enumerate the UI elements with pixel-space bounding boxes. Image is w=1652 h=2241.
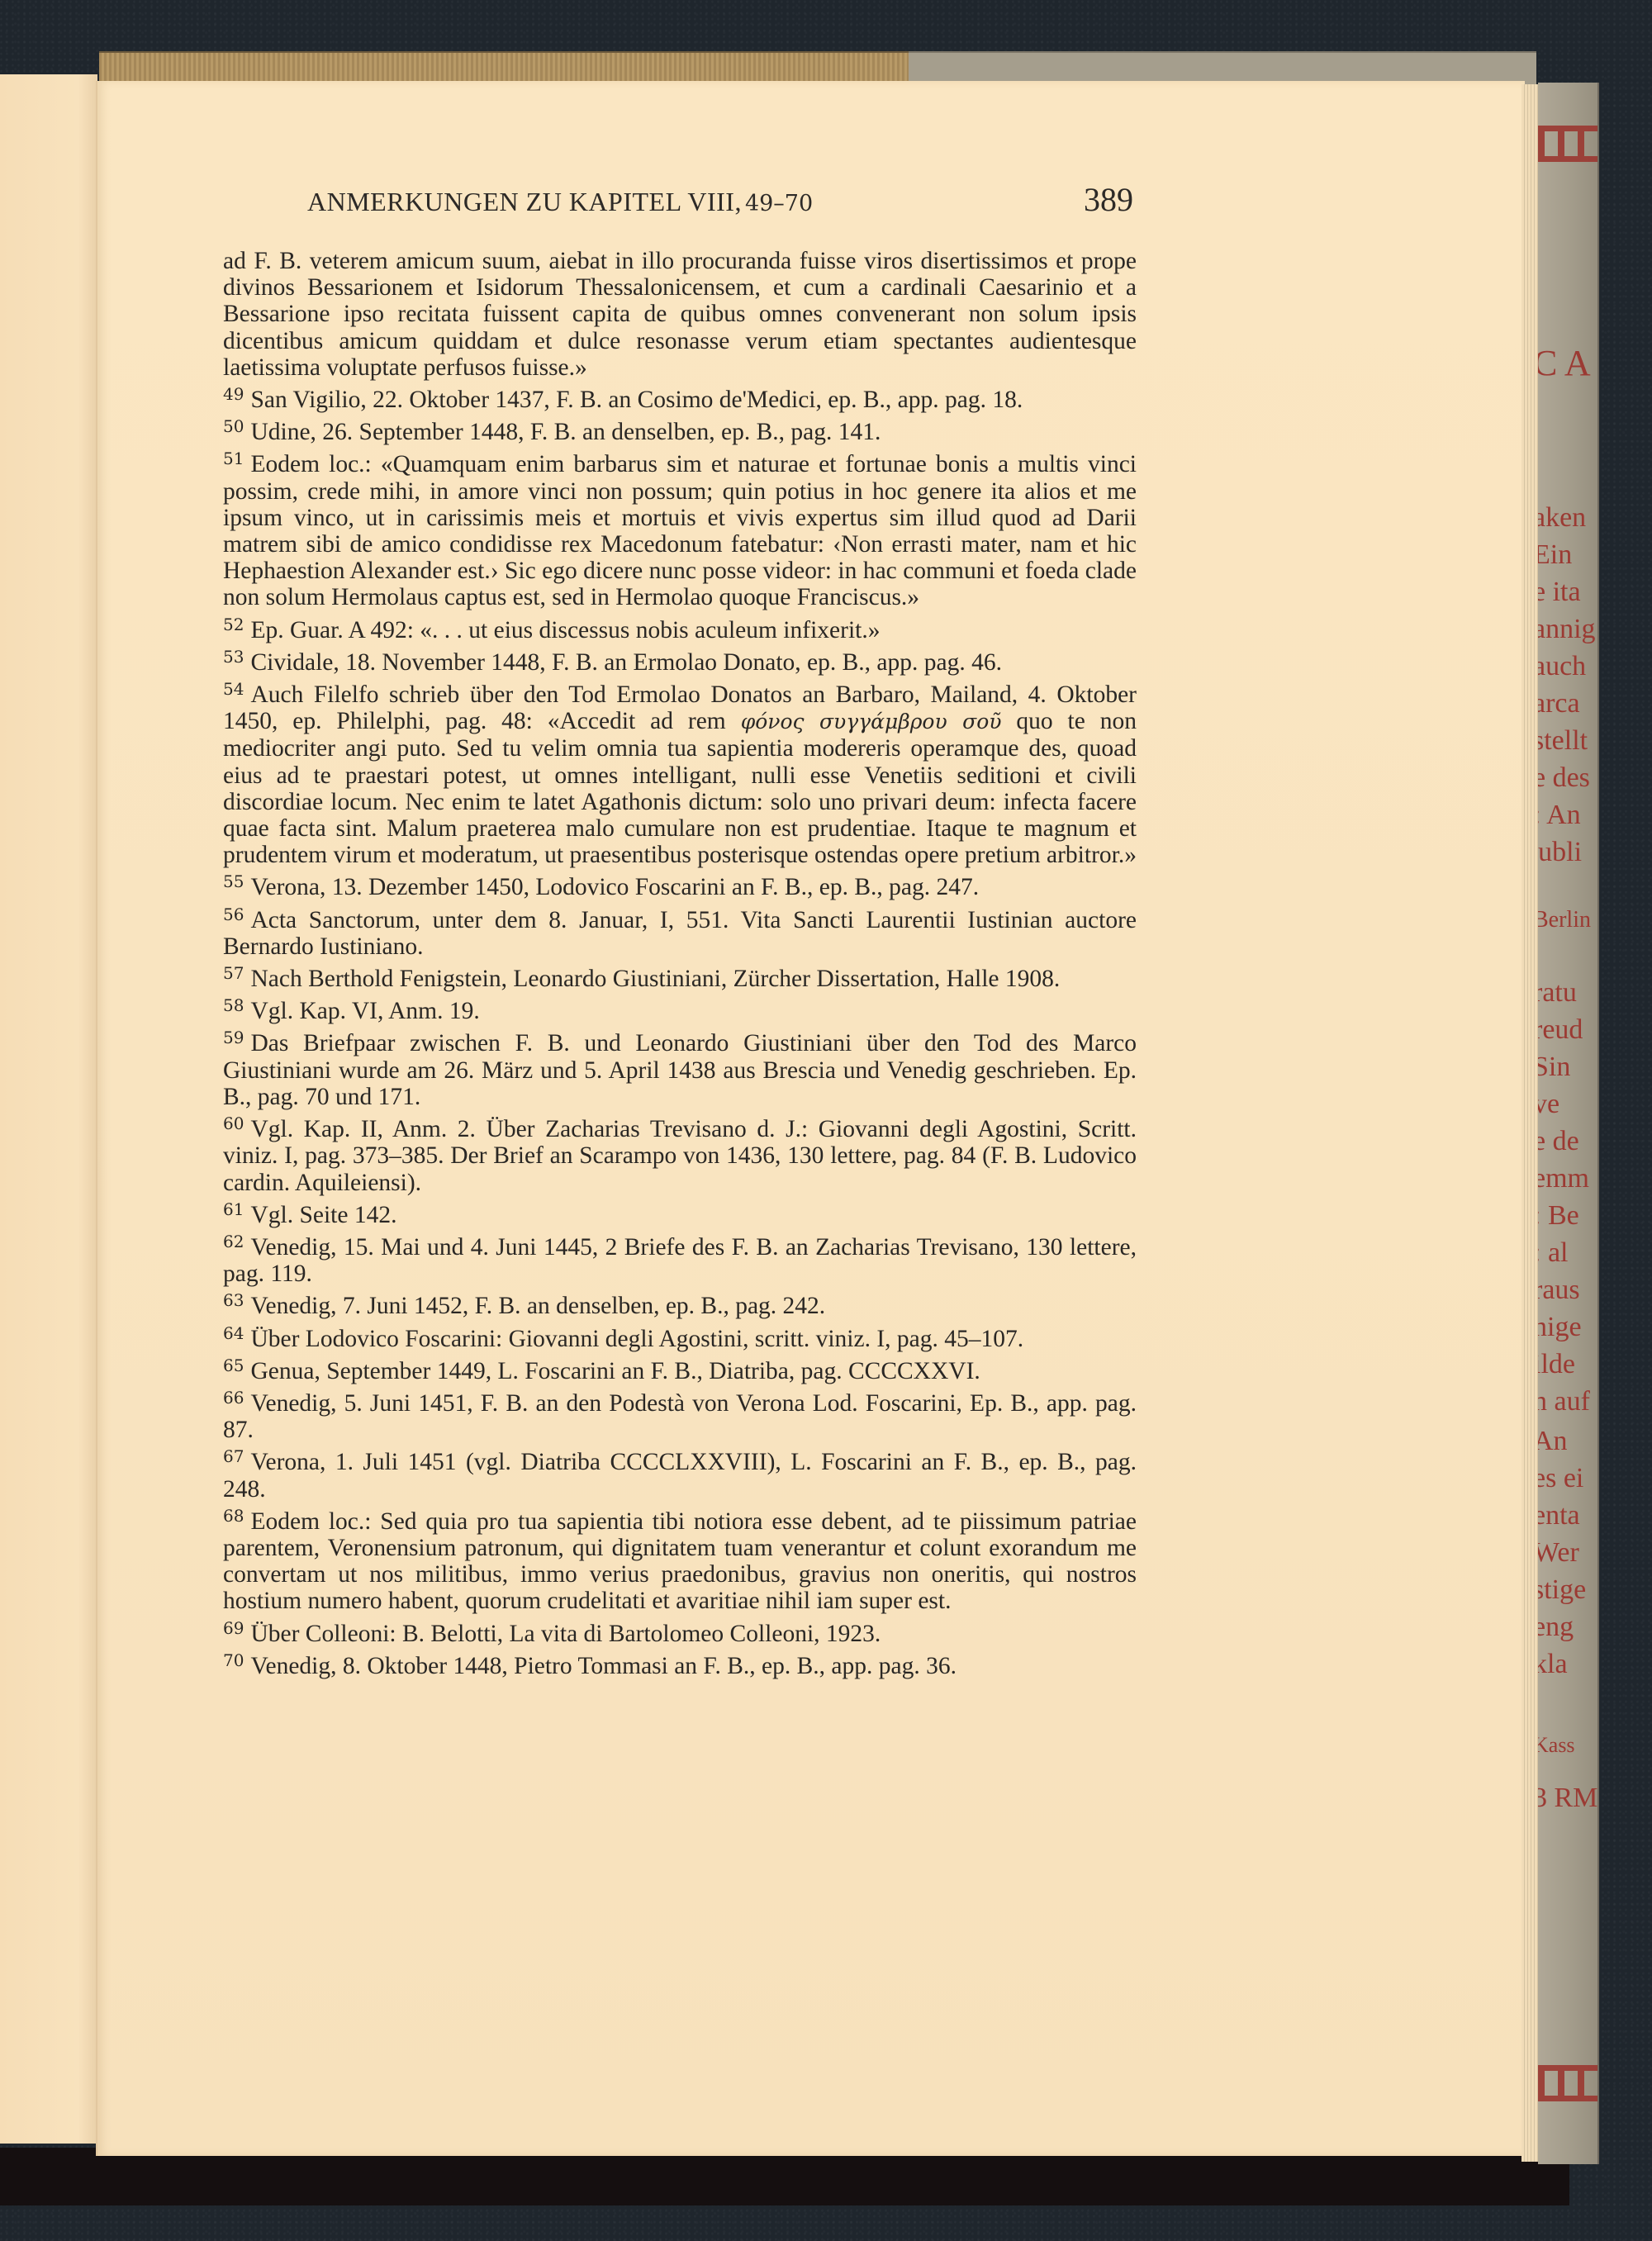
greek-key-ornament-icon	[1538, 126, 1597, 162]
jacket-text: Sin	[1538, 1053, 1570, 1081]
jacket-text: arca	[1538, 690, 1580, 718]
note-number: 54	[223, 679, 244, 699]
jacket-text: auch	[1538, 653, 1586, 681]
jacket-text: ve	[1538, 1090, 1559, 1118]
note-number: 51	[223, 449, 244, 468]
note-49: 49San Vigilio, 22. Oktober 1437, F. B. a…	[223, 381, 1137, 413]
note-61: 61Vgl. Seite 142.	[223, 1196, 1137, 1228]
note-text: Über Lodovico Foscarini: Giovanni degli …	[250, 1326, 1023, 1352]
dust-jacket-spine: C A aken Ein e ita annig auch arca stell…	[1538, 83, 1599, 2164]
note-number: 49	[223, 384, 244, 404]
book-shadow	[0, 2148, 1569, 2205]
note-53: 53Cividale, 18. November 1448, F. B. an …	[223, 643, 1137, 676]
jacket-text: An	[1538, 1427, 1568, 1455]
jacket-text: n auf	[1538, 1388, 1590, 1416]
jacket-text: emm	[1538, 1165, 1589, 1193]
running-head-title: ANMERKUNGEN ZU KAPITEL VIII, 49–70	[307, 187, 813, 217]
note-65: 65Genua, September 1449, L. Foscarini an…	[223, 1352, 1137, 1384]
jacket-text: aken	[1538, 504, 1586, 532]
note-text: Venedig, 8. Oktober 1448, Pietro Tommasi…	[250, 1653, 957, 1679]
note-59: 59Das Briefpaar zwischen F. B. und Leona…	[223, 1024, 1137, 1110]
note-50: 50Udine, 26. September 1448, F. B. an de…	[223, 413, 1137, 445]
note-text: Venedig, 5. Juni 1451, F. B. an den Pode…	[223, 1390, 1137, 1443]
jacket-text: C A	[1538, 345, 1591, 382]
jacket-text: 'ubli	[1538, 838, 1582, 866]
jacket-text: : An	[1538, 801, 1581, 829]
note-52: 52Ep. Guar. A 492: «. . . ut eius disces…	[223, 611, 1137, 643]
note-text: Eodem loc.: «Quamquam enim barbarus sim …	[223, 451, 1137, 610]
greek-quote: φόνος συγγάμβρου σοῦ	[741, 710, 1002, 734]
jacket-text: annig	[1538, 615, 1596, 643]
note-text: Venedig, 15. Mai und 4. Juni 1445, 2 Bri…	[223, 1234, 1137, 1287]
jacket-text: es ei	[1538, 1465, 1583, 1493]
jacket-text: ratu	[1538, 979, 1577, 1007]
greek-key-ornament-icon	[1538, 2065, 1597, 2101]
note-58: 58Vgl. Kap. VI, Anm. 19.	[223, 992, 1137, 1024]
note-number: 68	[223, 1506, 244, 1526]
jacket-text: Ein	[1538, 541, 1572, 569]
jacket-text: Wer	[1538, 1539, 1579, 1567]
note-number: 62	[223, 1232, 244, 1251]
note-number: 63	[223, 1290, 244, 1310]
note-text: Nach Berthold Fenigstein, Leonardo Giust…	[250, 966, 1060, 992]
jacket-text: eng	[1538, 1613, 1574, 1641]
jacket-text: 3 RM.	[1538, 1784, 1599, 1812]
footnotes-body: ad F. B. veterem amicum suum, aiebat in …	[223, 248, 1137, 1679]
note-69: 69Über Colleoni: B. Belotti, La vita di …	[223, 1615, 1137, 1647]
note-range: 49–70	[745, 191, 813, 216]
note-number: 61	[223, 1199, 244, 1219]
jacket-text: reud	[1538, 1016, 1583, 1044]
jacket-text: e ita	[1538, 578, 1581, 606]
note-54: 54Auch Filelfo schrieb über den Tod Ermo…	[223, 676, 1137, 868]
note-number: 70	[223, 1650, 244, 1670]
note-57: 57Nach Berthold Fenigstein, Leonardo Giu…	[223, 960, 1137, 992]
note-text: Ep. Guar. A 492: «. . . ut eius discessu…	[250, 617, 880, 643]
page-number: 389	[1084, 180, 1133, 219]
note-number: 56	[223, 904, 244, 924]
note-text: Udine, 26. September 1448, F. B. an dens…	[250, 419, 881, 445]
jacket-text: ilde	[1538, 1351, 1575, 1379]
jacket-text: stellt	[1538, 727, 1588, 755]
jacket-text: kla	[1538, 1650, 1568, 1678]
note-number: 64	[223, 1323, 244, 1343]
note-number: 59	[223, 1028, 244, 1047]
note-text: Vgl. Seite 142.	[250, 1202, 396, 1228]
jacket-text: : Be	[1538, 1202, 1579, 1230]
jacket-text: Kass	[1538, 1735, 1575, 1756]
note-60: 60Vgl. Kap. II, Anm. 2. Über Zacharias T…	[223, 1110, 1137, 1196]
note-text: Acta Sanctorum, unter dem 8. Januar, I, …	[223, 907, 1137, 960]
note-text: Vgl. Kap. II, Anm. 2. Über Zacharias Tre…	[223, 1116, 1137, 1195]
jacket-text: raus	[1538, 1276, 1580, 1304]
jacket-text: stige	[1538, 1576, 1586, 1604]
note-62: 62Venedig, 15. Mai und 4. Juni 1445, 2 B…	[223, 1228, 1137, 1287]
note-text: Verona, 1. Juli 1451 (vgl. Diatriba CCCC…	[223, 1449, 1137, 1502]
note-55: 55Verona, 13. Dezember 1450, Lodovico Fo…	[223, 868, 1137, 900]
note-text: Über Colleoni: B. Belotti, La vita di Ba…	[250, 1621, 881, 1647]
note-number: 66	[223, 1388, 244, 1408]
note-number: 67	[223, 1446, 244, 1466]
jacket-text: e de	[1538, 1128, 1579, 1156]
note-text: Venedig, 7. Juni 1452, F. B. an denselbe…	[250, 1293, 825, 1319]
running-head: ANMERKUNGEN ZU KAPITEL VIII, 49–70 389	[307, 180, 1133, 219]
jacket-text: enta	[1538, 1502, 1580, 1530]
note-text: Cividale, 18. November 1448, F. B. an Er…	[250, 649, 1002, 676]
note-text: Eodem loc.: Sed quia pro tua sapientia t…	[223, 1508, 1137, 1615]
note-number: 58	[223, 995, 244, 1015]
note-number: 69	[223, 1618, 244, 1638]
note-64: 64Über Lodovico Foscarini: Giovanni degl…	[223, 1320, 1137, 1352]
continued-note-text: ad F. B. veterem amicum suum, aiebat in …	[223, 248, 1137, 381]
note-number: 60	[223, 1113, 244, 1133]
jacket-text: e des	[1538, 764, 1590, 792]
note-56: 56Acta Sanctorum, unter dem 8. Januar, I…	[223, 901, 1137, 960]
note-63: 63Venedig, 7. Juni 1452, F. B. an densel…	[223, 1287, 1137, 1319]
note-text: Vgl. Kap. VI, Anm. 19.	[250, 998, 479, 1024]
note-67: 67Verona, 1. Juli 1451 (vgl. Diatriba CC…	[223, 1443, 1137, 1502]
jacket-text: nige	[1538, 1313, 1582, 1341]
note-text: Das Briefpaar zwischen F. B. und Leonard…	[223, 1030, 1137, 1109]
note-68: 68Eodem loc.: Sed quia pro tua sapientia…	[223, 1503, 1137, 1615]
note-51: 51Eodem loc.: «Quamquam enim barbarus si…	[223, 445, 1137, 610]
jacket-text: Berlin	[1538, 909, 1591, 932]
note-66: 66Venedig, 5. Juni 1451, F. B. an den Po…	[223, 1384, 1137, 1443]
note-number: 55	[223, 871, 244, 891]
left-page-edge	[0, 74, 97, 2144]
note-number: 53	[223, 647, 244, 667]
jacket-text: : al	[1538, 1239, 1568, 1267]
note-number: 52	[223, 615, 244, 634]
note-number: 57	[223, 963, 244, 983]
note-text: San Vigilio, 22. Oktober 1437, F. B. an …	[250, 387, 1023, 413]
note-text: Verona, 13. Dezember 1450, Lodovico Fosc…	[250, 874, 979, 900]
note-text: Genua, September 1449, L. Foscarini an F…	[250, 1358, 980, 1384]
note-70: 70Venedig, 8. Oktober 1448, Pietro Tomma…	[223, 1647, 1137, 1679]
note-number: 50	[223, 416, 244, 436]
note-number: 65	[223, 1356, 244, 1375]
page-stack-edges	[1521, 84, 1540, 2162]
